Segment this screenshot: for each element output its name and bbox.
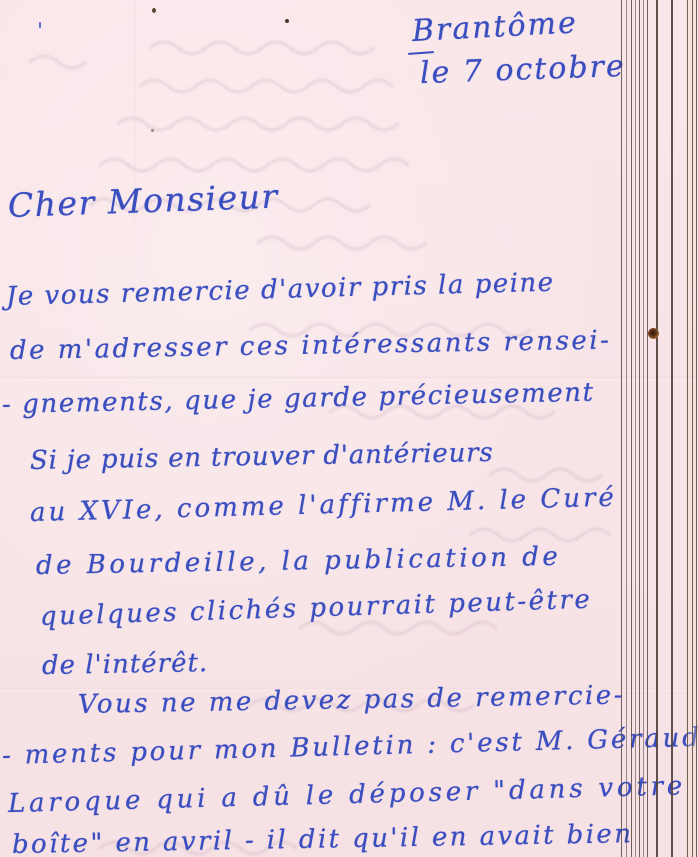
initial-underline-flourish xyxy=(408,51,434,55)
letter-scan-page: Brantôme le 7 octobre Cher Monsieur Je v… xyxy=(0,0,698,857)
letter-place: Brantôme xyxy=(411,5,579,49)
handwritten-line: - ments pour mon Bulletin : c'est M. Gér… xyxy=(2,723,698,771)
letter-salutation: Cher Monsieur xyxy=(7,177,279,225)
ghost-mark xyxy=(490,469,602,481)
paper-speck xyxy=(152,8,156,13)
ghost-mark xyxy=(470,529,610,541)
ghost-mark xyxy=(300,622,496,634)
handwritten-line: quelques clichés pourrait peut-être xyxy=(40,585,593,632)
handwritten-line: Si je puis en trouver d'antérieurs xyxy=(30,438,494,476)
handwritten-line: de Bourdeille, la publication de xyxy=(36,542,562,581)
handwritten-line: Laroque qui a dû le déposer "dans votre xyxy=(8,771,687,819)
handwritten-line: Je vous remercie d'avoir pris la peine xyxy=(6,268,555,312)
handwritten-line: - gnements, que je garde précieusement xyxy=(2,378,595,420)
handwritten-line: de l'intérêt. xyxy=(42,648,209,681)
ghost-mark xyxy=(258,237,426,249)
ink-speck xyxy=(39,22,41,28)
ghost-mark xyxy=(140,80,392,92)
ghost-mark xyxy=(100,159,408,171)
letter-date: le 7 octobre xyxy=(419,49,626,91)
handwritten-line: de m'adresser ces intéressants rensei- xyxy=(10,326,612,366)
handwritten-line: boîte" en avril - il dit qu'il en avait … xyxy=(12,819,634,857)
handwritten-line: au XVIe, comme l'affirme M. le Curé xyxy=(30,483,618,528)
paper-speck xyxy=(285,19,289,23)
paper-stain-hole xyxy=(648,328,659,339)
ghost-mark xyxy=(118,118,398,130)
ghost-mark xyxy=(150,42,374,54)
paper-speck xyxy=(151,129,154,132)
ghost-mark xyxy=(30,56,86,68)
